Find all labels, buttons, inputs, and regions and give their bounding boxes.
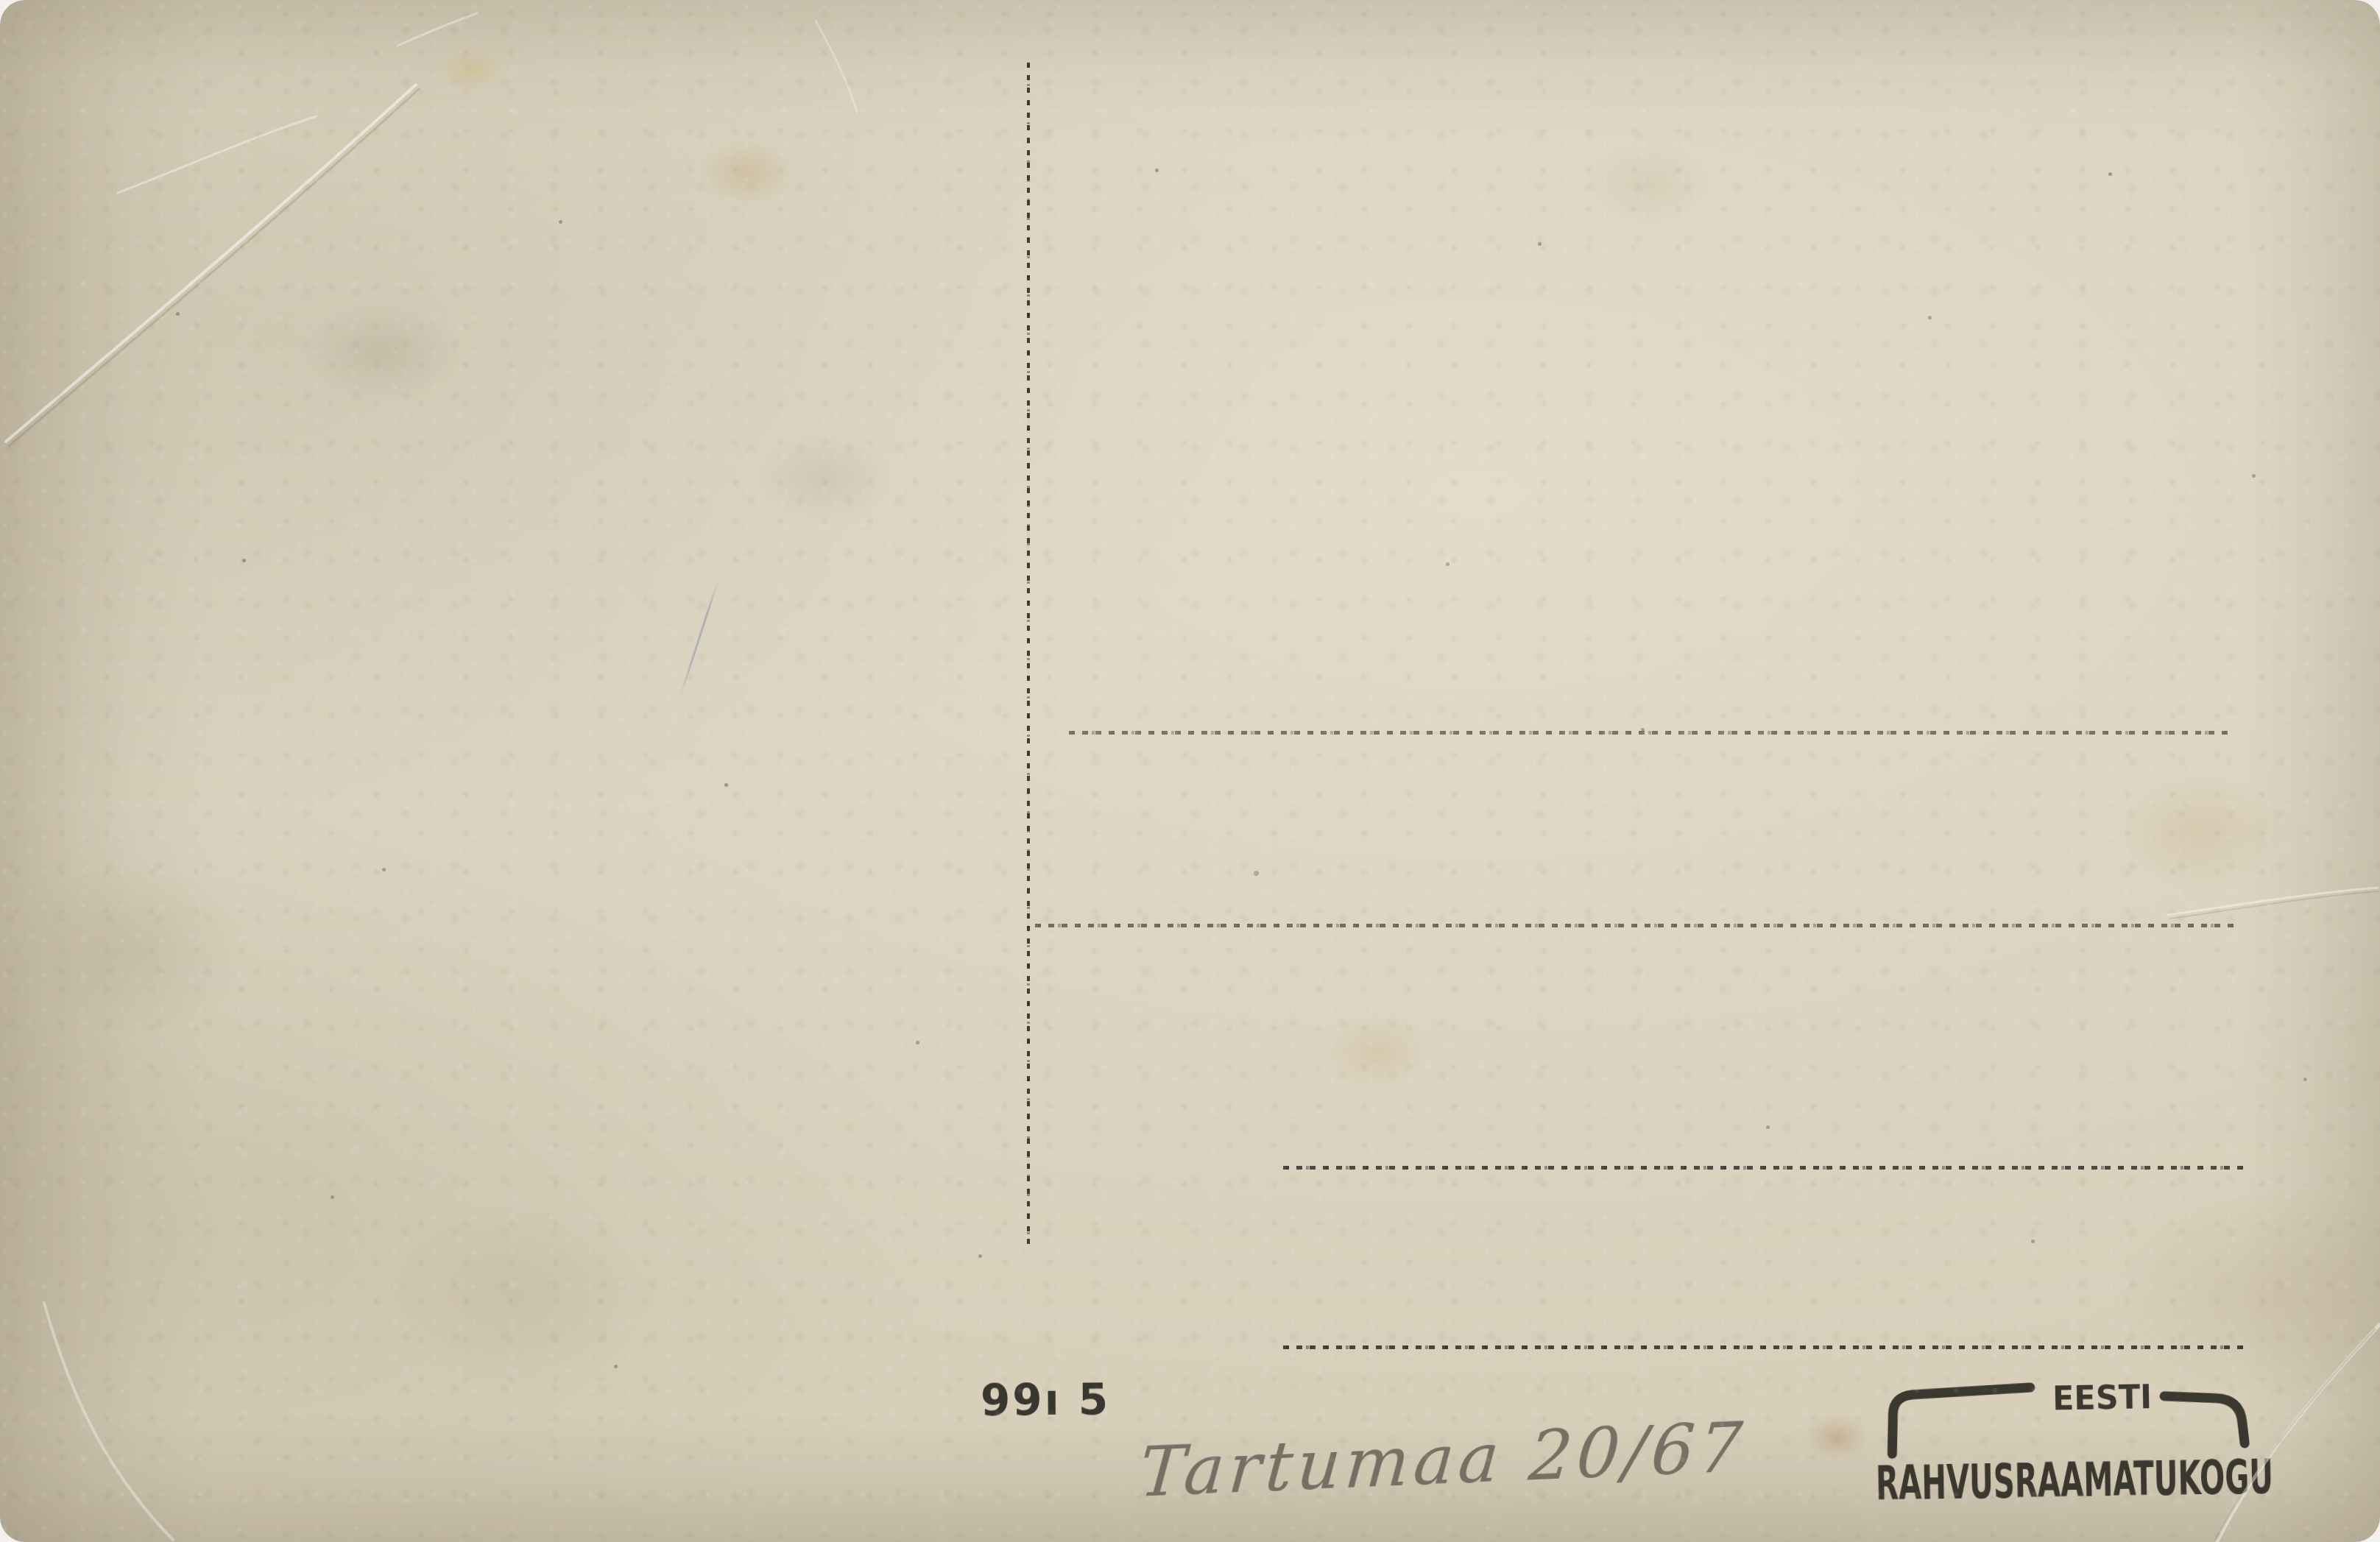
crease-marks [0, 0, 2380, 1542]
address-dotted-line-3 [1283, 1166, 2245, 1170]
postcard-scan: 99ı 5 EESTI RAHVUSRAAMATUKOGU Tartumaa 2… [0, 0, 2380, 1542]
stamp-country-label: EESTI [2052, 1379, 2153, 1418]
foxing-specks [0, 0, 2, 2]
stamp-institution-label: RAHVUSRAAMATUKOGU [1875, 1450, 2273, 1510]
postcard-back: 99ı 5 EESTI RAHVUSRAAMATUKOGU Tartumaa 2… [0, 0, 2380, 1542]
print-series-number: 99ı 5 [981, 1374, 1111, 1426]
address-dotted-line-2 [1035, 924, 2239, 927]
divider-dotted-line [1027, 63, 1030, 1251]
address-dotted-line-4 [1283, 1345, 2249, 1349]
address-dotted-line-1 [1069, 731, 2231, 735]
handwritten-note: Tartumaa 20/67 [1137, 1408, 1750, 1513]
library-stamp: EESTI RAHVUSRAAMATUKOGU [1871, 1362, 2276, 1511]
blue-pencil-scuff [678, 579, 719, 700]
stain-marks [0, 0, 2380, 1542]
